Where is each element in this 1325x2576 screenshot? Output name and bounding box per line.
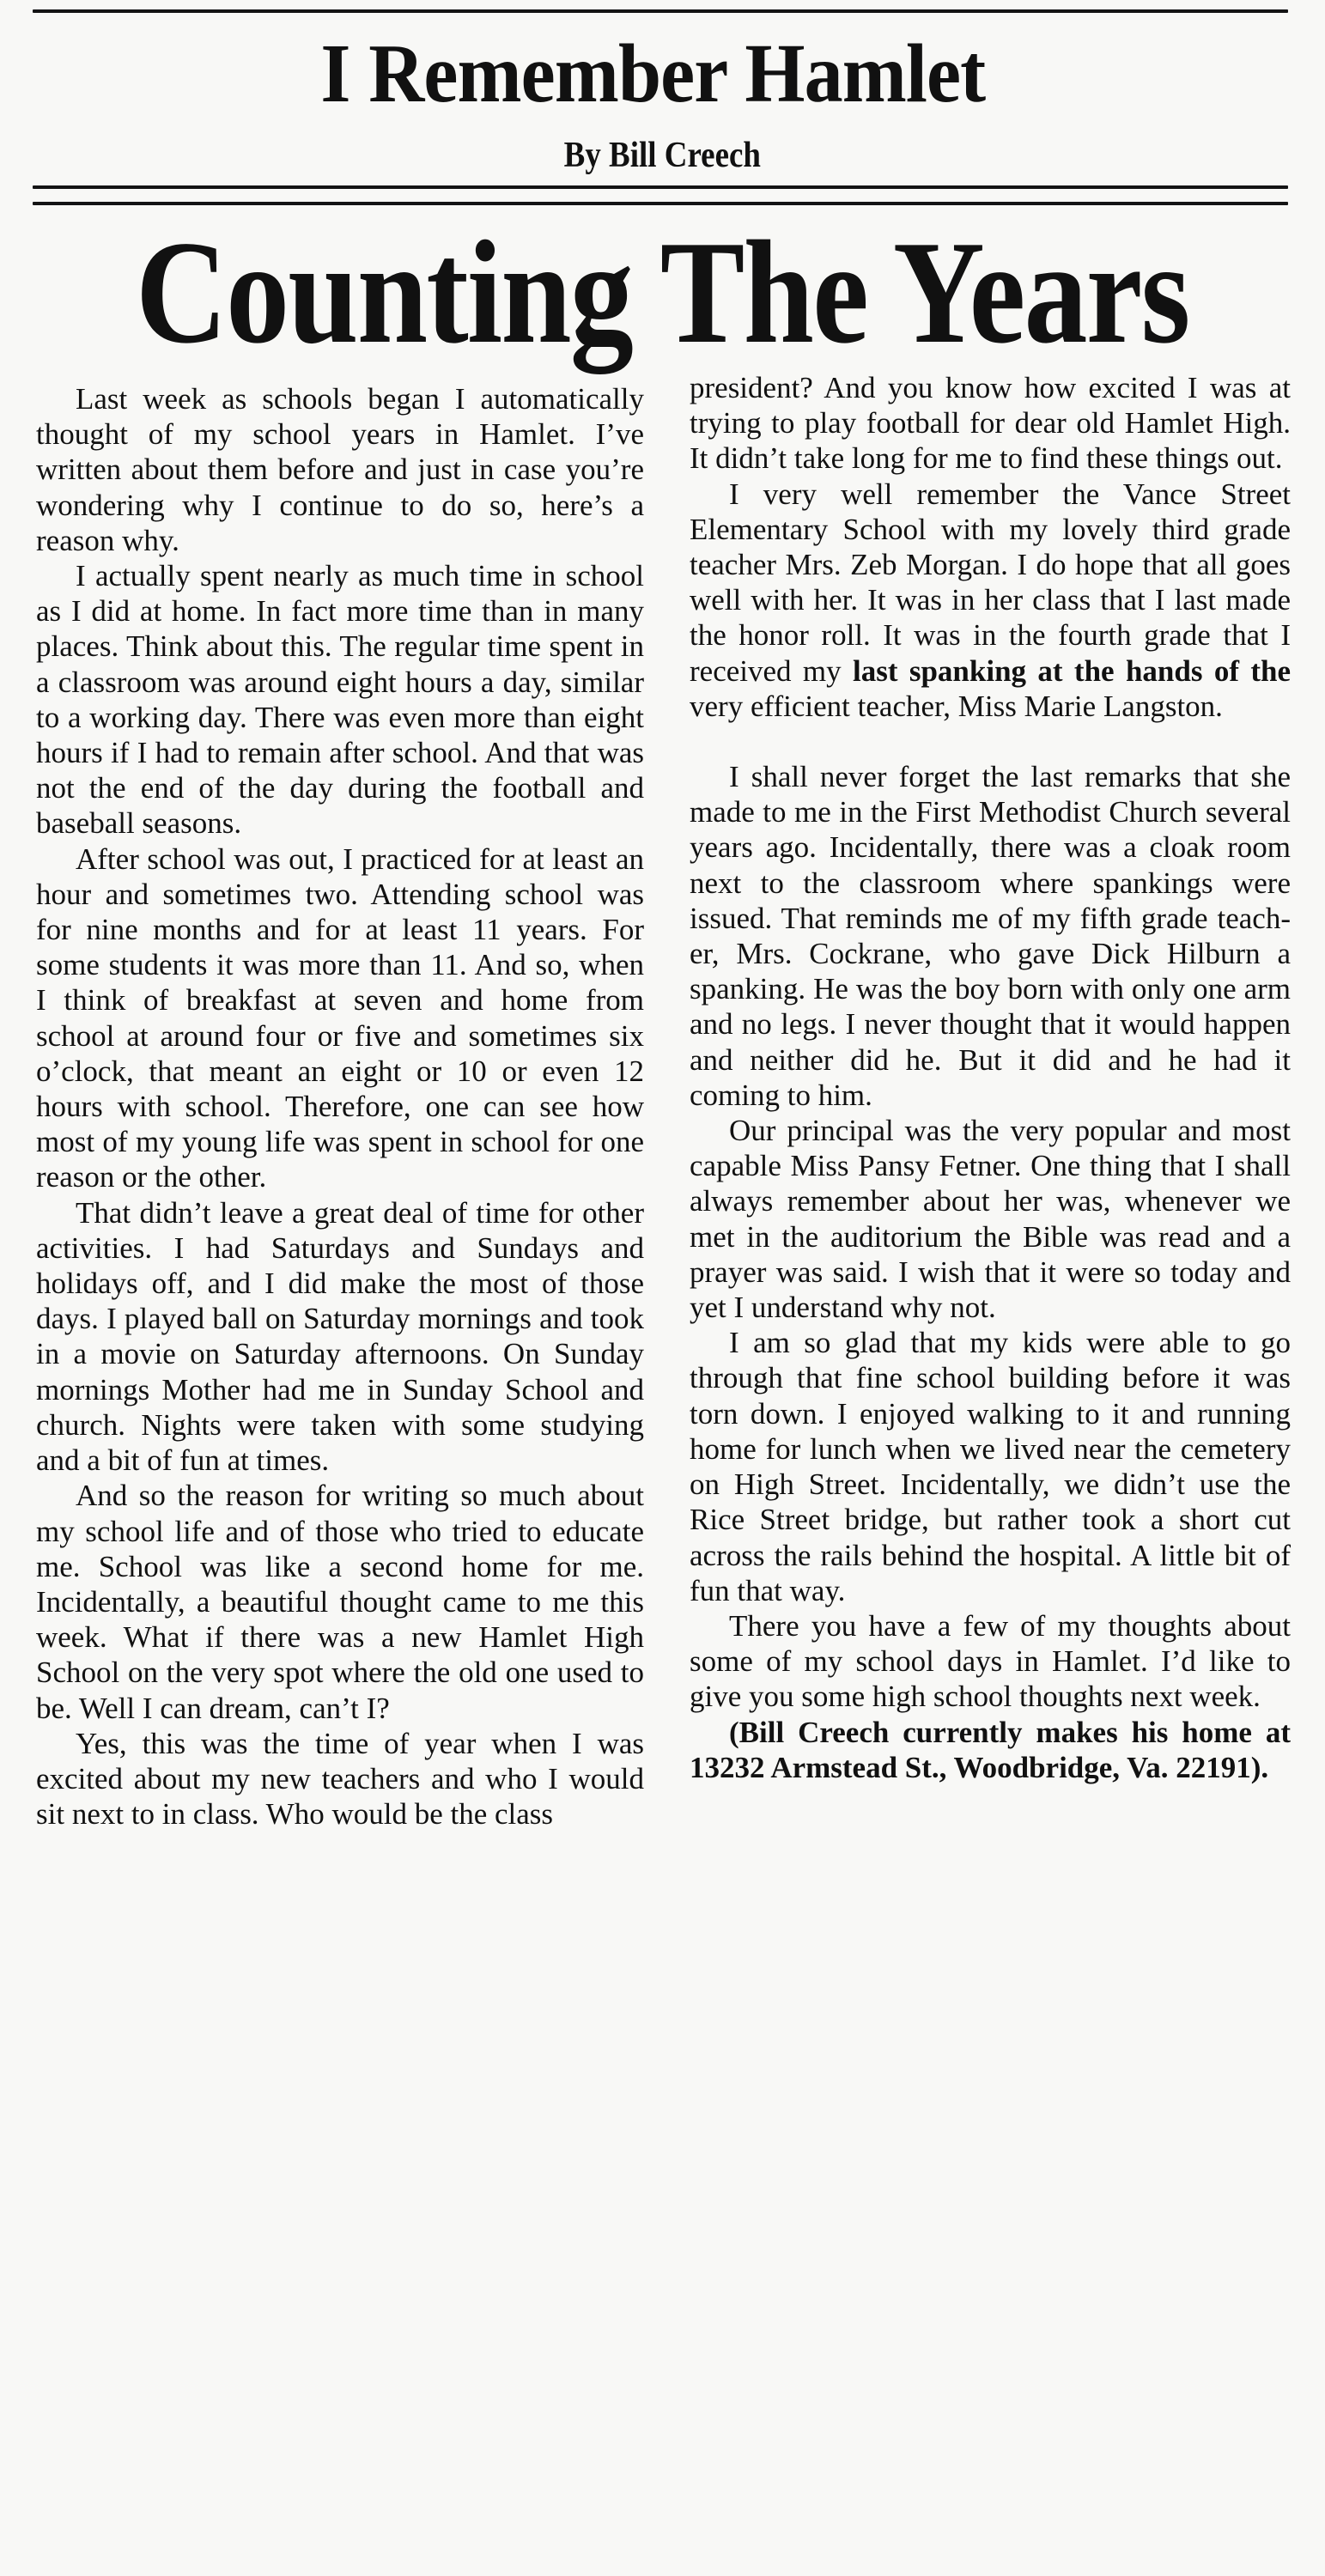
column-title-text: I Remember Hamlet	[320, 27, 985, 120]
paragraph-text: very efficient teacher, Miss Marie Langs…	[690, 690, 1223, 723]
byline: By Bill Creech	[79, 136, 1245, 175]
paragraph: Yes, this was the time of year when I wa…	[36, 1726, 644, 1832]
header-rule-upper	[33, 185, 1288, 189]
newspaper-clipping: I Remember Hamlet By Bill Creech Countin…	[0, 0, 1325, 2576]
top-rule	[33, 9, 1288, 13]
article-column-right: president? And you know how ex­cited I w…	[690, 370, 1291, 1785]
paragraph: I am so glad that my kids were able to g…	[690, 1325, 1291, 1608]
header-rule-lower	[33, 202, 1288, 205]
paragraph: After school was out, I practiced for at…	[36, 841, 644, 1195]
paragraph: I shall never forget the last re­marks t…	[690, 759, 1291, 1113]
paragraph: There you have a few of my thoughts abou…	[690, 1608, 1291, 1715]
article-column-left: Last week as schools began I automatical…	[36, 381, 644, 1832]
paragraph: president? And you know how ex­cited I w…	[690, 370, 1291, 477]
paragraph: And so the reason for writing so much ab…	[36, 1478, 644, 1725]
column-title: I Remember Hamlet	[53, 31, 1273, 117]
paragraph: Last week as schools began I automatical…	[36, 381, 644, 558]
paragraph: That didn’t leave a great deal of time f…	[36, 1195, 644, 1479]
paragraph: I very well remember the Vance Street El…	[690, 477, 1291, 724]
author-note: (Bill Creech currently makes his home at…	[690, 1715, 1291, 1785]
paragraph: Our principal was the very popu­lar and …	[690, 1113, 1291, 1325]
bold-passage: last spanking at the hands of the	[853, 654, 1291, 688]
paragraph: I actually spent nearly as much time in …	[36, 558, 644, 841]
headline: Counting The Years	[93, 220, 1232, 366]
